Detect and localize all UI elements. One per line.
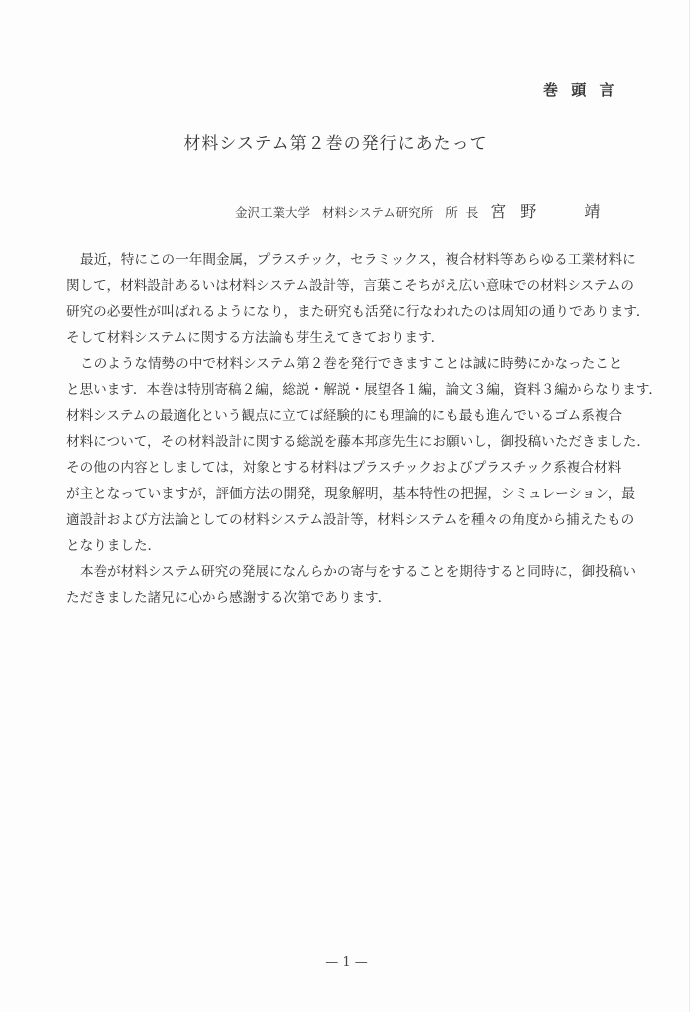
text-line: 関して，材料設計あるいは材料システム設計等，言葉こそちがえ広い意味での材料システ… xyxy=(66,273,611,299)
section-label: 巻 頭 言 xyxy=(543,79,618,100)
text-line: その他の内容としましては，対象とする材料はプラスチックおよびプラスチック系複合材… xyxy=(66,455,611,481)
text-line: 本巻が材料システム研究の発展になんらかの寄与をすることを期待すると同時に，御投稿… xyxy=(66,559,611,585)
page-number: — 1 — xyxy=(0,955,693,970)
text-line: となりました． xyxy=(66,533,611,559)
title-text: 材料システム第２巻の発行にあたって xyxy=(183,129,487,154)
document-body: 最近，特にこの一年間金属，プラスチック，セラミックス，複合材料等あらゆる工業材料… xyxy=(66,247,611,611)
author-role: 所長 xyxy=(445,205,486,220)
text-line: このような情勢の中で材料システム第２巻を発行できますことは誠に時勢にかなったこと xyxy=(66,351,611,377)
author-given-name: 靖 xyxy=(584,202,600,221)
text-line: 材料について，その材料設計に関する総説を藤本邦彦先生にお願いし，御投稿いただきま… xyxy=(66,429,611,455)
text-line: ただきました諸兄に心から感謝する次第であります． xyxy=(66,585,611,611)
text-line: そして材料システムに関する方法論も芽生えてきております． xyxy=(66,325,611,351)
author-line: 金沢工業大学材料システム研究所所長宮野靖 xyxy=(235,199,600,222)
text-line: 適設計および方法論としての材料システム設計等，材料システムを種々の角度から捕えた… xyxy=(66,507,611,533)
author-institute: 材料システム研究所 xyxy=(322,205,433,220)
document-page: 巻 頭 言 材料システム第２巻の発行にあたって 金沢工業大学材料システム研究所所… xyxy=(0,0,693,1012)
paragraph-2: このような情勢の中で材料システム第２巻を発行できますことは誠に時勢にかなったこと… xyxy=(66,351,611,559)
text-line: 最近，特にこの一年間金属，プラスチック，セラミックス，複合材料等あらゆる工業材料… xyxy=(66,247,611,273)
text-line: 研究の必要性が叫ばれるようになり，また研究も活発に行なわれたのは周知の通りであり… xyxy=(66,299,611,325)
text-line: が主となっていますが，評価方法の開発，現象解明，基本特性の把握，シミュレーション… xyxy=(66,481,611,507)
document-title: 材料システム第２巻の発行にあたって xyxy=(0,129,693,154)
text-line: と思います．本巻は特別寄稿２編，総説・解説・展望各１編，論文３編，資料３編からな… xyxy=(66,377,611,403)
text-line: 材料システムの最適化という観点に立てば経験的にも理論的にも最も進んでいるゴム系複… xyxy=(66,403,611,429)
paragraph-1: 最近，特にこの一年間金属，プラスチック，セラミックス，複合材料等あらゆる工業材料… xyxy=(66,247,611,351)
paragraph-3: 本巻が材料システム研究の発展になんらかの寄与をすることを期待すると同時に，御投稿… xyxy=(66,559,611,611)
author-family-name: 宮野 xyxy=(490,202,550,221)
author-affiliation: 金沢工業大学 xyxy=(235,205,310,220)
